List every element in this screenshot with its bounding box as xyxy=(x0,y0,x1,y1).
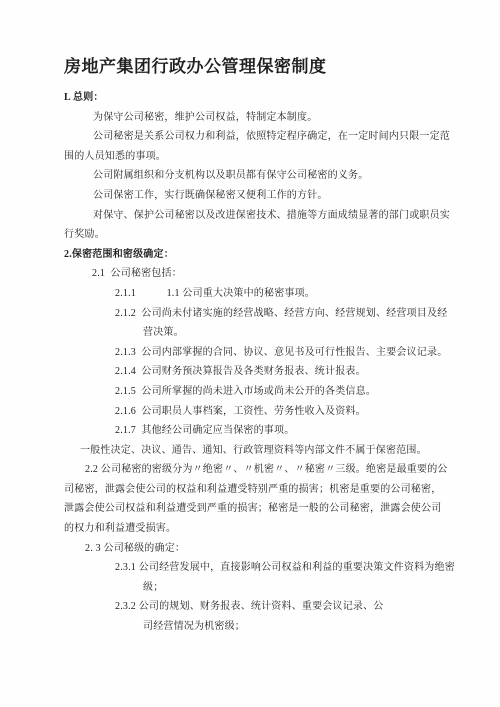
text-line: 2.1.3 公司内部掌握的合同、协议、意见书及可行性报告、主要会议记录。 xyxy=(64,343,442,363)
text-line: 2.1.6 公司职员人事档案，工资性、劳务性收入及资料。 xyxy=(64,402,442,422)
text-line: 2. 3 公司秘级的确定： xyxy=(64,539,442,559)
text-line: 为保守公司秘密，维护公司权益，特制定本制度。 xyxy=(64,108,442,128)
text-line: L 总则： xyxy=(64,88,442,108)
text-line: 2.保密范围和密级确定： xyxy=(64,245,442,265)
text-line: 2.1.1 1.1 公司重大决策中的秘密事项。 xyxy=(64,284,442,304)
text-line: 公司秘密是关系公司权力和利益，依照特定程序确定，在一定时间内只限一定范 xyxy=(64,127,442,147)
text-line: 级； xyxy=(64,578,442,598)
text-line: 2.3.2 公司的规划、财务报表、统计资料、重要会议记录、公 xyxy=(64,597,442,617)
text-line: 营决策。 xyxy=(64,323,442,343)
text-line: 2.1.7 其他经公司确定应当保密的事项。 xyxy=(64,421,442,441)
text-line: 行奖励。 xyxy=(64,225,442,245)
text-line: 公司保密工作，实行既确保秘密又便利工作的方针。 xyxy=(64,186,442,206)
text-line: 司秘密，泄露会使公司的权益和利益遭受特别严重的损害；机密是重要的公司秘密， xyxy=(64,480,442,500)
document-body: L 总则：为保守公司秘密，维护公司权益，特制定本制度。公司秘密是关系公司权力和利… xyxy=(64,88,442,637)
text-line: 对保守、保护公司秘密以及改进保密技术、措施等方面成绩显著的部门或职员实 xyxy=(64,206,442,226)
text-line: 2.1.5 公司所掌握的尚未进入市场或尚未公开的各类信息。 xyxy=(64,382,442,402)
text-line: 围的人员知悉的事项。 xyxy=(64,147,442,167)
text-line: 一般性决定、决议、通告、通知、行政管理资料等内部文件不属于保密范围。 xyxy=(64,441,442,461)
text-line: 公司附属组织和分支机构以及职员都有保守公司秘密的义务。 xyxy=(64,166,442,186)
text-line: 司经营情况为机密级； xyxy=(64,617,442,637)
text-line: 2.1.2 公司尚未付诸实施的经营战略、经营方向、经营规划、经营项目及经 xyxy=(64,304,442,324)
text-line: 2.1 公司秘密包括： xyxy=(64,264,442,284)
text-line: 2.2 公司秘密的密级分为〃绝密〃、〃机密〃、〃秘密〃三级。绝密是最重要的公 xyxy=(64,460,442,480)
document-page: 房地产集团行政办公管理保密制度 L 总则：为保守公司秘密，维护公司权益，特制定本… xyxy=(0,0,500,707)
text-line: 的权力和利益遭受损害。 xyxy=(64,519,442,539)
text-line: 泄露会使公司权益和利益遭受到严重的损害；秘密是一般的公司秘密，泄露会使公司 xyxy=(64,499,442,519)
text-line: 2.3.1 公司经营发展中，直接影响公司权益和利益的重要决策文件资料为绝密 xyxy=(64,558,442,578)
text-line: 2.1.4 公司财务预决算报告及各类财务报表、统计报表。 xyxy=(64,362,442,382)
document-title: 房地产集团行政办公管理保密制度 xyxy=(64,55,442,79)
